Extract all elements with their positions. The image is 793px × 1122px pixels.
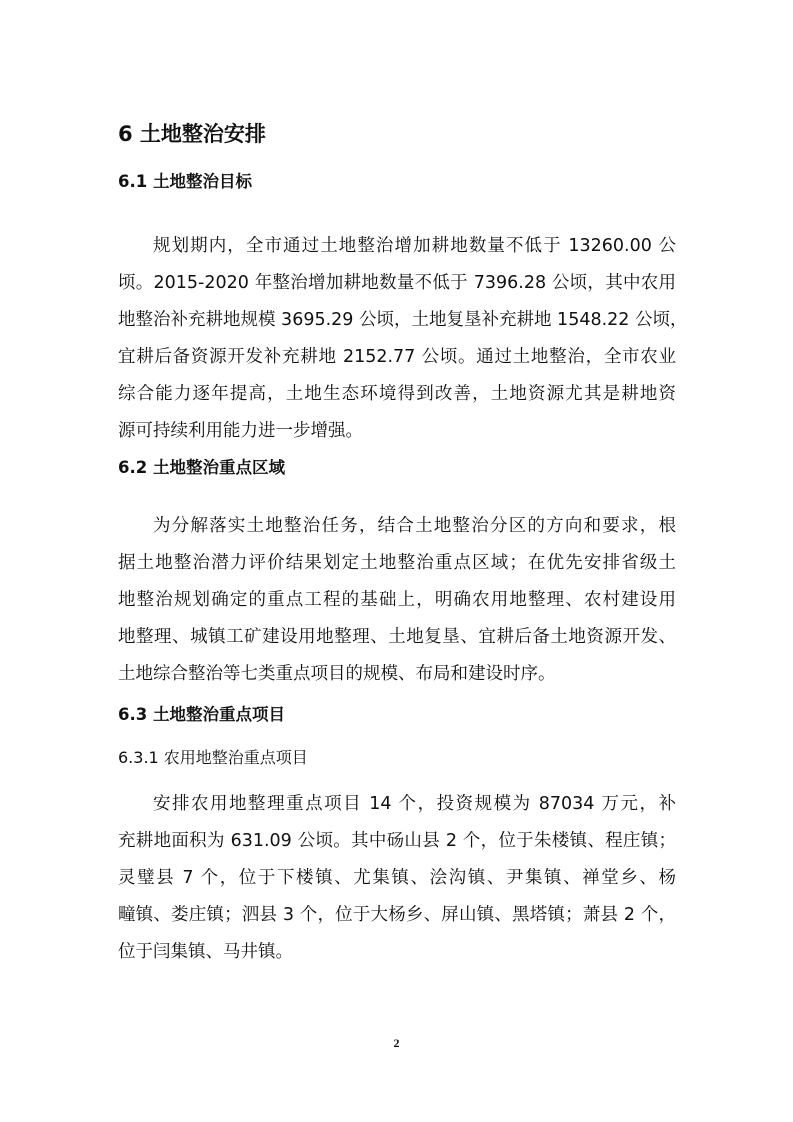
paragraph-line: 地整理、城镇工矿建设用地整理、土地复垦、宜耕后备土地资源开发、 — [118, 619, 676, 656]
paragraph-line: 灵璧县 7 个，位于下楼镇、尤集镇、浍沟镇、尹集镇、禅堂乡、杨 — [118, 860, 676, 897]
paragraph-line: 顷。2015-2020 年整治增加耕地数量不低于 7396.28 公顷，其中农用 — [118, 265, 676, 302]
section-6-1-paragraph: 规划期内，全市通过土地整治增加耕地数量不低于 13260.00 公 顷。2015… — [118, 228, 676, 450]
subsection-heading-6-3-1: 6.3.1 农用地整治重点项目 — [118, 745, 308, 768]
paragraph-line: 据土地整治潜力评价结果划定土地整治重点区域；在优先安排省级土 — [118, 545, 676, 582]
section-heading-6-2: 6.2 土地整治重点区域 — [118, 454, 285, 478]
paragraph-line: 土地综合整治等七类重点项目的规模、布局和建设时序。 — [118, 656, 676, 693]
page-number: 2 — [0, 1036, 793, 1051]
subsection-6-3-1-paragraph: 安排农用地整理重点项目 14 个，投资规模为 87034 万元，补 充耕地面积为… — [118, 786, 676, 971]
paragraph-line: 地整治规划确定的重点工程的基础上，明确农用地整理、农村建设用 — [118, 582, 676, 619]
paragraph-line: 综合能力逐年提高，土地生态环境得到改善，土地资源尤其是耕地资 — [118, 376, 676, 413]
paragraph-line: 源可持续利用能力进一步增强。 — [118, 413, 676, 450]
section-6-2-paragraph: 为分解落实土地整治任务，结合土地整治分区的方向和要求，根 据土地整治潜力评价结果… — [118, 508, 676, 693]
paragraph-line: 宜耕后备资源开发补充耕地 2152.77 公顷。通过土地整治，全市农业 — [118, 339, 676, 376]
chapter-title: 6 土地整治安排 — [118, 118, 266, 148]
document-page: 6 土地整治安排 6.1 土地整治目标 规划期内，全市通过土地整治增加耕地数量不… — [0, 0, 793, 1122]
paragraph-line: 地整治补充耕地规模 3695.29 公顷，土地复垦补充耕地 1548.22 公顷… — [118, 302, 676, 339]
paragraph-line: 安排农用地整理重点项目 14 个，投资规模为 87034 万元，补 — [118, 786, 676, 823]
paragraph-line: 为分解落实土地整治任务，结合土地整治分区的方向和要求，根 — [118, 508, 676, 545]
paragraph-line: 规划期内，全市通过土地整治增加耕地数量不低于 13260.00 公 — [118, 228, 676, 265]
section-heading-6-1: 6.1 土地整治目标 — [118, 168, 252, 192]
paragraph-line: 疃镇、娄庄镇；泗县 3 个，位于大杨乡、屏山镇、黑塔镇；萧县 2 个， — [118, 897, 676, 934]
paragraph-line: 位于闫集镇、马井镇。 — [118, 934, 676, 971]
paragraph-line: 充耕地面积为 631.09 公顷。其中砀山县 2 个，位于朱楼镇、程庄镇； — [118, 823, 676, 860]
section-heading-6-3: 6.3 土地整治重点项目 — [118, 701, 285, 725]
